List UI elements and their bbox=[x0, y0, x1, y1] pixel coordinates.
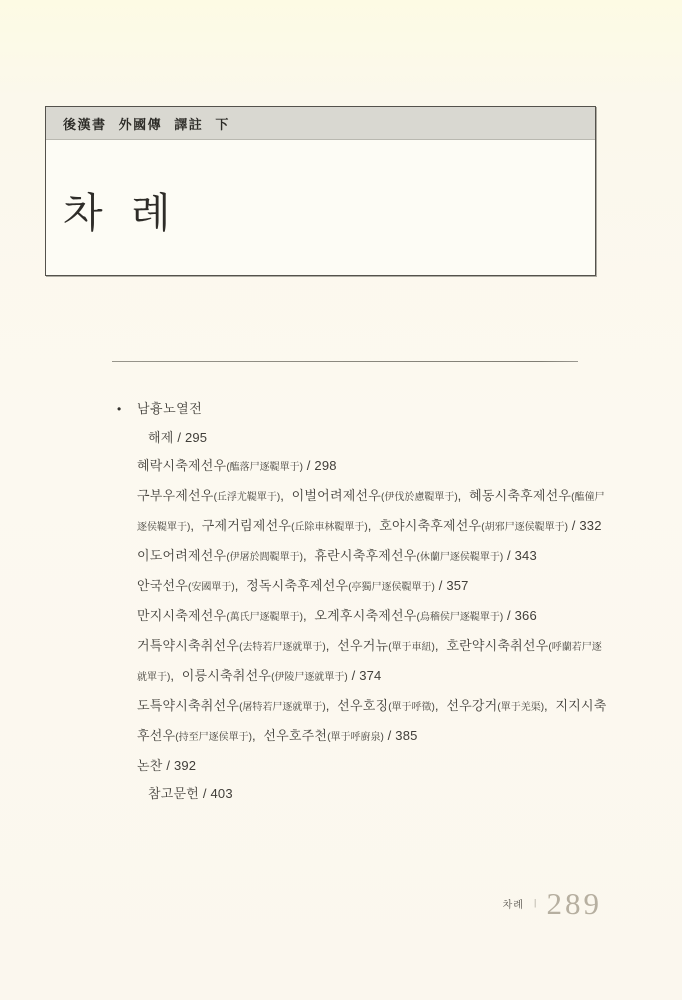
toc-item: 참고문헌 / 403 bbox=[137, 780, 622, 808]
toc-item: 도특약시축취선우(屠特若尸逐就單于), 선우호징(單于呼徵), 선우강거(單于羌… bbox=[137, 692, 611, 752]
toc-items-container: 해제 / 295혜락시축제선우(醢落尸逐鞮單于) / 298구부우제선우(丘浮尤… bbox=[0, 424, 682, 808]
hanja-annotation: (醢落尸逐鞮單于) bbox=[226, 462, 303, 473]
hanja-annotation: (單于呼徵) bbox=[388, 702, 435, 713]
hanja-annotation: (休蘭尸逐侯鞮單于) bbox=[416, 552, 503, 563]
hanja-annotation: (胡邪尸逐侯鞮單于) bbox=[481, 522, 568, 533]
toc-item: 혜락시축제선우(醢落尸逐鞮單于) / 298 bbox=[137, 452, 611, 482]
hanja-annotation: (單于呼廚泉) bbox=[327, 732, 384, 743]
hanja-annotation: (單于羌渠) bbox=[497, 702, 544, 713]
hanja-annotation: (伊陵尸逐就單于) bbox=[271, 672, 348, 683]
hanja-annotation: (丘浮尤鞮單于) bbox=[214, 492, 281, 503]
hanja-annotation: (丘除車林鞮單于) bbox=[291, 522, 368, 533]
running-title: 차례 bbox=[503, 896, 524, 911]
chapter-header-box: 後漢書 外國傳 譯註 下 차 례 bbox=[45, 106, 596, 276]
book-title: 後漢書 外國傳 譯註 下 bbox=[63, 114, 230, 133]
toc-item: 안국선우(安國單于), 정독시축후제선우(亭獨尸逐侯鞮單于) / 357 bbox=[137, 572, 611, 602]
book-title-bar: 後漢書 外國傳 譯註 下 bbox=[46, 107, 595, 140]
hanja-annotation: (萬氏尸逐鞮單于) bbox=[226, 612, 303, 623]
hanja-annotation: (去特若尸逐就單于) bbox=[239, 642, 326, 653]
toc-item: 이도어려제선우(伊屠於閭鞮單于), 휴란시축후제선우(休蘭尸逐侯鞮單于) / 3… bbox=[137, 542, 611, 572]
toc-section-label: 남흉노열전 bbox=[137, 401, 202, 416]
hanja-annotation: (安國單于) bbox=[188, 582, 235, 593]
toc-list: •남흉노열전 해제 / 295혜락시축제선우(醢落尸逐鞮單于) / 298구부우… bbox=[0, 395, 682, 808]
hanja-annotation: (伊屠於閭鞮單于) bbox=[226, 552, 303, 563]
hanja-annotation: (亭獨尸逐侯鞮單于) bbox=[348, 582, 435, 593]
section-divider bbox=[112, 361, 578, 362]
toc-item: 거특약시축취선우(去特若尸逐就單于), 선우거뉴(單于車紐), 호란약시축취선우… bbox=[137, 632, 611, 692]
hanja-annotation: (伊伐於慮鞮單于) bbox=[381, 492, 458, 503]
toc-item: 만지시축제선우(萬氏尸逐鞮單于), 오계후시축제선우(烏稽侯尸逐鞮單于) / 3… bbox=[137, 602, 611, 632]
bullet-icon: • bbox=[117, 395, 137, 423]
hanja-annotation: (呼蘭若尸逐就單于) bbox=[137, 642, 602, 683]
hanja-annotation: (單于車紐) bbox=[388, 642, 435, 653]
page-number: 289 bbox=[547, 888, 603, 919]
page-title: 차 례 bbox=[46, 140, 595, 234]
footer-separator: | bbox=[534, 898, 537, 908]
book-page: 後漢書 外國傳 譯註 下 차 례 •남흉노열전 해제 / 295혜락시축제선우(… bbox=[0, 0, 682, 1000]
page-footer: 차례 | 289 bbox=[503, 886, 602, 920]
toc-item: 구부우제선우(丘浮尤鞮單于), 이벌어려제선우(伊伐於慮鞮單于), 혜동시축후제… bbox=[137, 482, 611, 542]
toc-item: 논찬 / 392 bbox=[137, 752, 611, 780]
hanja-annotation: (烏稽侯尸逐鞮單于) bbox=[416, 612, 503, 623]
toc-section-heading: •남흉노열전 bbox=[0, 395, 682, 423]
hanja-annotation: (屠特若尸逐就單于) bbox=[239, 702, 326, 713]
hanja-annotation: (持至尸逐侯單于) bbox=[175, 732, 252, 743]
toc-item: 해제 / 295 bbox=[137, 424, 622, 452]
